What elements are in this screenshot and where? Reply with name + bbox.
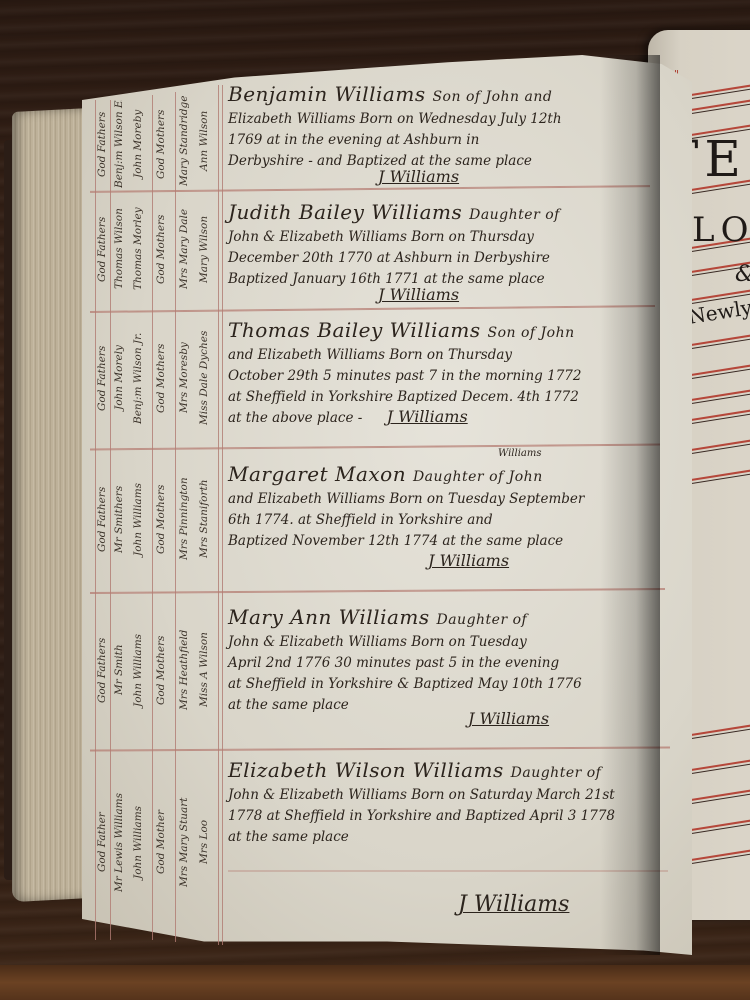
signature: J Williams [387, 407, 468, 426]
entry-line: December 20th 1770 at Ashburn in Derbysh… [228, 248, 648, 269]
godfather-name: John Williams [132, 594, 150, 746]
wooden-table-edge [0, 965, 750, 1000]
margin-rule [110, 100, 111, 940]
entry-line: at the same place [228, 827, 648, 848]
relation: Daughter of [511, 765, 602, 781]
godfathers-header: God Fathers [96, 450, 110, 588]
child-name: Thomas Bailey Williams [228, 318, 481, 342]
relation: Daughter of [469, 207, 560, 223]
godfather-name: Mr Smith [113, 594, 131, 746]
godmothers-header: God Mothers [155, 450, 173, 588]
godmother-name: Mrs Mary Dale [178, 192, 196, 306]
entry-line: 6th 1774. at Sheffield in Yorkshire and [228, 510, 648, 531]
godmothers-header: God Mothers [155, 312, 173, 444]
godfather-name: John Morely [113, 312, 131, 444]
relation: Son of John and [432, 89, 552, 105]
godfather-name: John Moreby [132, 100, 150, 188]
entry-line: John & Elizabeth Williams Born on Saturd… [228, 785, 648, 806]
register-entry: Benjamin Williams Son of John and Elizab… [228, 82, 648, 186]
margin-rule [175, 92, 176, 942]
entry-line: 1769 at in the evening at Ashburn in [228, 130, 648, 151]
margin-rule [222, 85, 223, 945]
signature: J Williams [468, 710, 648, 728]
godfather-name: Thomas Morley [132, 192, 150, 306]
entry-line: at Sheffield in Yorkshire & Baptized May… [228, 674, 648, 695]
signature: J Williams [458, 896, 648, 914]
entry-line: John & Elizabeth Williams Born on Tuesda… [228, 632, 648, 653]
godfather-name: John Williams [132, 450, 150, 588]
page-fore-edge [12, 108, 92, 902]
godmother-name: Mary Wilson [198, 192, 216, 306]
entry-line: at the above place - J Williams [228, 408, 648, 429]
godmother-name: Mrs Pinnington [178, 450, 196, 588]
child-name: Mary Ann Williams [228, 605, 430, 629]
godmother-name: Ann Wilson [198, 95, 216, 187]
entry-name-line: Judith Bailey Williams Daughter of [228, 200, 648, 227]
entry-line: Baptized November 12th 1774 at the same … [228, 531, 648, 552]
child-name: Benjamin Williams [228, 82, 426, 106]
entry-line: April 2nd 1776 30 minutes past 5 in the … [228, 653, 648, 674]
relation: Daughter of John [413, 469, 543, 485]
register-entry: Margaret Maxon Daughter of John and Eliz… [228, 462, 648, 570]
title-fragment-3: & [735, 262, 750, 287]
signature: J Williams [428, 552, 648, 570]
entry-name-line: Benjamin Williams Son of John and [228, 82, 648, 109]
godmother-name: Mrs Heathfield [178, 594, 196, 746]
godfather-name: Benj:m Wilson Jr. [132, 312, 150, 444]
godfathers-header: God Fathers [96, 594, 110, 746]
godmother-name: Miss A Wilson [198, 594, 216, 746]
godmother-name: Mrs Moresby [178, 312, 196, 444]
margin-rule [218, 85, 219, 945]
godfathers-header: God Father [96, 752, 110, 932]
godmother-name: Mary Standridge [178, 95, 196, 187]
relation: Daughter of [436, 612, 527, 628]
godfathers-header: God Fathers [96, 312, 110, 444]
entry-line: and Elizabeth Williams Born on Tuesday S… [228, 489, 648, 510]
inserted-surname: Williams [498, 448, 541, 459]
entry-line: Elizabeth Williams Born on Wednesday Jul… [228, 109, 648, 130]
relation: Son of John [487, 325, 574, 341]
register-entry: Elizabeth Wilson Williams Daughter of Jo… [228, 758, 648, 914]
godfather-name: Mr Smithers [113, 450, 131, 588]
entry-name-line: Mary Ann Williams Daughter of [228, 605, 648, 632]
godfather-name: Thomas Wilson [113, 192, 131, 306]
godfather-name: Mr Lewis Williams [113, 752, 131, 932]
entry-line-text: at the above place - [228, 410, 362, 426]
entry-line: at Sheffield in Yorkshire Baptized Decem… [228, 387, 648, 408]
godmother-name: Miss Dale Dyches [198, 312, 216, 444]
entry-line: 1778 at Sheffield in Yorkshire and Bapti… [228, 806, 648, 827]
register-entry: Judith Bailey Williams Daughter of John … [228, 200, 648, 304]
godfather-name: John Williams [132, 752, 150, 932]
margin-rule [152, 95, 153, 940]
entry-line: and Elizabeth Williams Born on Thursday [228, 345, 648, 366]
godmothers-header: God Mother [155, 752, 173, 932]
godmother-name: Mrs Loo [198, 752, 216, 932]
child-name: Judith Bailey Williams [228, 200, 462, 224]
godmother-name: Mrs Staniforth [198, 450, 216, 588]
godfathers-header: God Fathers [96, 100, 110, 188]
register-entry: Thomas Bailey Williams Son of John and E… [228, 318, 648, 429]
register-entry: Mary Ann Williams Daughter of John & Eli… [228, 605, 648, 728]
child-name: Margaret Maxon [228, 462, 406, 486]
child-name: Elizabeth Wilson Williams [228, 758, 504, 782]
godmother-name: Mrs Mary Stuart [178, 752, 196, 932]
godmothers-header: God Mothers [155, 192, 173, 306]
entry-line: October 29th 5 minutes past 7 in the mor… [228, 366, 648, 387]
godmothers-header: God Mothers [155, 594, 173, 746]
entry-name-line: Thomas Bailey Williams Son of John [228, 318, 648, 345]
entry-line: John & Elizabeth Williams Born on Thursd… [228, 227, 648, 248]
entry-name-line: Margaret Maxon Daughter of John [228, 462, 648, 489]
godfathers-header: God Fathers [96, 192, 110, 306]
entry-name-line: Elizabeth Wilson Williams Daughter of [228, 758, 648, 785]
godmothers-header: God Mothers [155, 100, 173, 188]
godfather-name: Benj:m Wilson Esq [113, 100, 131, 188]
title-fragment-2: LO [692, 210, 750, 250]
